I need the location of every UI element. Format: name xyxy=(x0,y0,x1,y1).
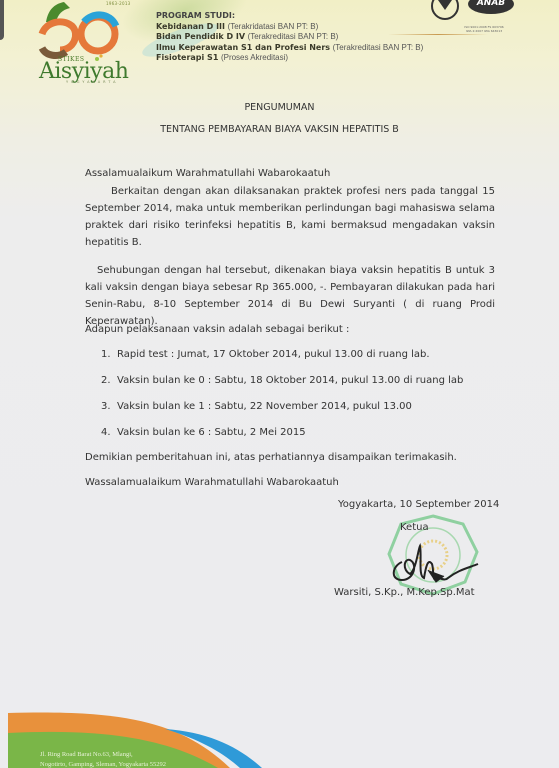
signer-title: Ketua xyxy=(400,522,429,533)
letter-page: 1963-2013 STIKES Aisyiyah YOGYAKARTA PRO… xyxy=(0,0,559,768)
letter-footer: Jl. Ring Road Barat No.63, Mlangi, Nogot… xyxy=(0,700,559,768)
program-item: Fisioterapi S1 (Proses Akreditasi) xyxy=(156,53,423,64)
closing-text: Demikian pemberitahuan ini, atas perhati… xyxy=(85,449,495,466)
address-line-1: Jl. Ring Road Barat No.63, Mlangi, xyxy=(40,751,133,758)
logo-city: YOGYAKARTA xyxy=(66,80,119,84)
schedule-item: 4.Vaksin bulan ke 6 : Sabtu, 2 Mei 2015 xyxy=(101,424,463,450)
anab-logo: ANAB xyxy=(468,0,514,14)
institution-logo: 1963-2013 STIKES Aisyiyah YOGYAKARTA xyxy=(36,0,136,90)
program-item: Bidan Pendidik D IV (Terakreditasi BAN P… xyxy=(156,32,423,43)
iso-text: ISO 9001:2008 FS 603796 IWA 2:2007 IWA 6… xyxy=(444,25,524,33)
header-divider xyxy=(388,34,488,35)
schedule-list: 1.Rapid test : Jumat, 17 Oktober 2014, p… xyxy=(101,346,463,450)
programs-heading: PROGRAM STUDI: xyxy=(156,11,423,22)
signature-icon xyxy=(388,540,480,590)
schedule-item: 3.Vaksin bulan ke 1 : Sabtu, 22 November… xyxy=(101,398,463,424)
logo-years: 1963-2013 xyxy=(106,1,131,6)
paragraph-2: Sehubungan dengan hal tersebut, dikenaka… xyxy=(85,262,495,330)
place-date: Yogyakarta, 10 September 2014 xyxy=(338,499,499,510)
triangle-icon xyxy=(438,0,452,10)
program-item: Ilmu Keperawatan S1 dan Profesi Ners (Te… xyxy=(156,43,423,54)
schedule-intro: Adapun pelaksanaan vaksin adalah sebagai… xyxy=(85,321,495,338)
announcement-title: PENGUMUMAN xyxy=(0,102,559,113)
schedule-item: 2.Vaksin bulan ke 0 : Sabtu, 18 Oktober … xyxy=(101,372,463,398)
program-item: Kebidanan D III (Terakridatasi BAN PT: B… xyxy=(156,22,423,33)
farewell: Wassalamualaikum Warahmatullahi Wabaroka… xyxy=(85,474,495,491)
greeting: Assalamualaikum Warahmatullahi Wabarokaa… xyxy=(85,165,495,182)
announcement-subtitle: TENTANG PEMBAYARAN BIAYA VAKSIN HEPATITI… xyxy=(0,124,559,135)
schedule-item: 1.Rapid test : Jumat, 17 Oktober 2014, p… xyxy=(101,346,463,372)
address-line-2: Nogotirto, Gamping, Sleman, Yogyakarta 5… xyxy=(40,761,166,768)
scan-edge xyxy=(0,0,4,40)
signer-name: Warsiti, S.Kp., M.Kep.Sp.Mat xyxy=(334,587,475,598)
paragraph-1: Berkaitan dengan akan dilaksanakan prakt… xyxy=(85,183,495,251)
program-list: PROGRAM STUDI: Kebidanan D III (Terakrid… xyxy=(156,11,423,64)
